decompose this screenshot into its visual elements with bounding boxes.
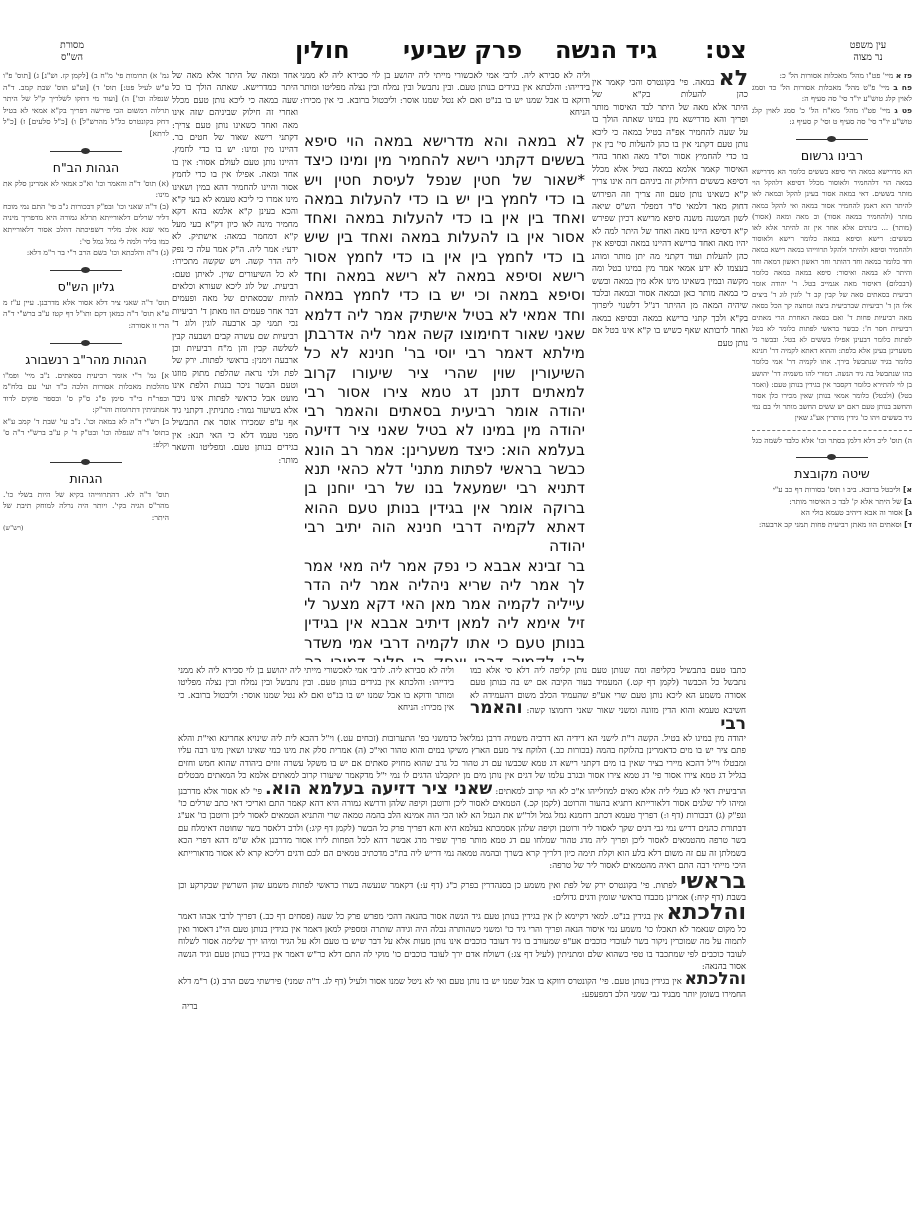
- tosafot-lower-text: יהודה מין במינו לא בטיל. הקשה ר"ת לישני …: [178, 733, 746, 872]
- chapter-number: פרק שביעי: [403, 36, 522, 64]
- gemara-line: יהודה מין במינו לא בטיל שאני ציר דזיעה: [304, 421, 585, 440]
- gemara-line: ברוקה אומר אין בגידין בנותן טעם ההוא: [304, 499, 585, 518]
- gemara-main-text: לא במאה והא מדרישא במאה הוי סיפא בששים ד…: [304, 132, 585, 662]
- daf-number: צט:: [705, 36, 747, 64]
- gemara-line: בו כדי לחמץ בין יש בו כדי להעלות במאה: [304, 190, 585, 209]
- gemara-line: כבשר בראשי לפתות מתני' דלא כהאי תנא: [304, 460, 585, 479]
- ein-mishpat-item: פט ג מיי' פט"ו מהל' מא"ח הל' כ' סמג לאוי…: [752, 105, 912, 128]
- ein-mishpat-item: פז א מיי' פט"ו מהל' מאכלות אסורות הל' כ:: [752, 70, 912, 82]
- gemara-line: לך אמר ליה שריא ניהליה אמר ליה הדר: [304, 576, 585, 595]
- shita-mekubetzet-title: שיטה מקובצת: [752, 466, 912, 481]
- gemara-line: דתניא רבי ישמעאל בנו של רבי יוחנן בן: [304, 479, 585, 498]
- gemara-line: דאתא לקמיה דרבי חנינא הוה יתיב רבי יהודה: [304, 518, 585, 557]
- gemara-line: זיל אימא ליה למאן דיתיב אבבא אין בגידין: [304, 614, 585, 633]
- footnote-rule: [752, 430, 912, 431]
- commentary-top-band: וליה לא סבירא ליה. לרבי אמי לאכשורי מיית…: [300, 70, 590, 132]
- gemara-line: וחד אמאי לא בטיל אישתיק אמר ליה דלמא: [304, 306, 585, 325]
- shita-item: א] וליבטל ברובא. ביב ו תוס' בסורות דף כב…: [752, 484, 912, 496]
- gemara-line: ואחד בין אין בו כדי להעלות במאה ואחד: [304, 209, 585, 228]
- gemara-line: בעלמא הוא: כיצד משערינן: אמר רב הונא: [304, 441, 585, 460]
- gemara-line: להו לקמיה דרבי יצחק בן חלוב דמורי בה: [304, 653, 585, 662]
- rashburg-title: הגהות מהר"ב רנשבורג: [3, 352, 169, 367]
- lower-left-block: וליה לא סבירא ליה. לרבי אמי לאכשורי מיית…: [178, 665, 454, 733]
- lower-split-block: כתבו טעם בתבשיל כקליפה ומה שנותן טעם נות…: [178, 665, 746, 733]
- masoret-hashas-label: מסורת הש"ס: [42, 40, 102, 64]
- gilyon-hashas-text: תוס' ד"ה שאני ציר דלא אסור אלא מדרבנן. ע…: [3, 297, 169, 332]
- ornament-divider: [796, 134, 868, 144]
- gemara-line: בנותן טעם כי אתו לקמיה דרבי אמי משדר: [304, 634, 585, 653]
- hagahot-habach-title: הגהות הב"ח: [3, 160, 169, 175]
- rashi-commentary: לא במאה. פי' בקונטרס והכי קאמר אין כהן ל…: [592, 70, 748, 670]
- hagahot-text: תוס' ד"ה לא. דהתרווייהו בקיא של היות בשל…: [3, 489, 169, 524]
- ein-mishpat-label: עין משפט נר מצוה: [838, 40, 898, 64]
- talmud-page: עין משפט נר מצוה צט: גיד הנשה פרק שביעי …: [0, 0, 914, 1213]
- rashburg-item: א] גמ' ר"י אומר רביעית בסאתים. נ"ב מיי' …: [3, 370, 169, 416]
- right-margin: פז א מיי' פט"ו מהל' מאכלות אסורות הל' כ:…: [752, 70, 912, 840]
- tosafot-vehilchta-2: והלכתא אין בגידין בנותן טעם. פי' הקונטרס…: [178, 973, 746, 1001]
- shita-item: ג] אסור וה אבא דיהיב טעמא בולי הא: [752, 507, 912, 519]
- tosafot-text: אחד ומאה של היתר אלא מאה של היתר כמדרישא…: [172, 70, 298, 467]
- tosafot-bereshei: בראשי לפתות. פי' בקונטרס ירק של לפת ואין…: [178, 873, 746, 905]
- rashi-text: היתר אלא מאה של היתר לבד האיסור מותר ופר…: [592, 102, 748, 350]
- gemara-line: למאתים דתנן דג טמא צירו אסור רבי: [304, 383, 585, 402]
- rabbeinu-gershom-text: הא מדרישא במאה הוי סיפא בששים כלומר הא מ…: [752, 166, 912, 424]
- gemara-line: רישא וסיפא במאה לא רישא במאה וחד: [304, 267, 585, 286]
- shita-item: ב] של היתר אלא ק' לבד כ האיסור מותר:: [752, 496, 912, 508]
- ornament-divider: [50, 265, 122, 275]
- gilyon-hashas-title: גליון הש"ס: [3, 279, 169, 294]
- left-margin: גמ' א) תרומות פי' מ"ח ב) [לקמן קז. וש"נ]…: [3, 70, 169, 830]
- gemara-line: בר זבינא אבבא כי נפק אמר ליה מאי אמר: [304, 557, 585, 576]
- lower-commentary: כתבו טעם בתבשיל כקליפה ומה שנותן טעם נות…: [178, 665, 746, 1025]
- gemara-line: לא במאה והא מדרישא במאה הוי סיפא: [304, 132, 585, 151]
- tosafot-commentary: אחד ומאה של היתר אלא מאה של היתר כמדרישא…: [172, 70, 298, 670]
- gemara-line: השיעורין שוין שהרי ציר שיעורו קרוב: [304, 364, 585, 383]
- ornament-divider: [796, 452, 868, 462]
- tosafot-vehilchta-1: והלכתא אין בגידין בנ"ט. למאי דקיימא לן א…: [178, 904, 746, 973]
- bach-item: (ג) ד"ה והלכתא וכו' בשם הרב ר"י בר ר"מ ד…: [3, 247, 169, 259]
- rashi-opening: לא במאה. פי' בקונטרס והכי קאמר אין כהן ל…: [592, 70, 748, 102]
- hagahot-title: הגהות: [3, 471, 169, 486]
- gemara-line: מילתא דאמר רבי יוסי בר' חנינא לא כל: [304, 344, 585, 363]
- ornament-divider: [50, 457, 122, 467]
- rashburg-item: ב] רש"י ד"ה לא במאה וכו'. נ"ב עי' שבת ד'…: [3, 416, 169, 451]
- page-header: עין משפט נר מצוה צט: גיד הנשה פרק שביעי …: [0, 36, 914, 66]
- ornament-divider: [50, 338, 122, 348]
- hagahot-signature: (רש"ש): [3, 523, 169, 535]
- tractate-name: חולין: [295, 36, 350, 64]
- ein-mishpat-section: פז א מיי' פט"ו מהל' מאכלות אסורות הל' כ:…: [752, 70, 912, 128]
- masoret-hashas-text: גמ' א) תרומות פי' מ"ח ב) [לקמן קז. וש"נ]…: [3, 70, 169, 140]
- rabbeinu-gershom-title: רבינו גרשום: [752, 148, 912, 163]
- gemara-line: אסור אין בו להעלות במאה ואחד בין שיש: [304, 228, 585, 247]
- shita-item: ד] וסאתים הוו מאתן רביעית פחות תמני קב א…: [752, 519, 912, 531]
- right-margin-footnote: ה) תוס' ליכ דלא דלמן בסתר וכו' אלא כלבד …: [752, 435, 912, 447]
- gemara-line: *שאור של חטין שנפל לעיסת חטין ויש: [304, 171, 585, 190]
- gemara-line: בו כדי לחמץ בין אין בו כדי לחמץ אסור: [304, 248, 585, 267]
- lower-right-block: כתבו טעם בתבשיל כקליפה ומה שנותן טעם נות…: [470, 665, 746, 733]
- top-band-text: וליה לא סבירא ליה. לרבי אמי לאכשורי מיית…: [300, 70, 590, 120]
- chapter-name: גיד הנשה: [555, 36, 657, 64]
- closing-word: בריה: [178, 1001, 746, 1013]
- bach-item: (א) תוס' ד"ה והאמר וכו' וא"כ אמאי לא אמר…: [3, 178, 169, 201]
- ein-mishpat-item: פח ב מיי' פ"ט מהל' מאכלות אסורות הל' כד …: [752, 82, 912, 105]
- gemara-line: יהודה אומר רביעית בסאתים והאמר רבי: [304, 402, 585, 421]
- bach-item: (ב) ד"ה שאני וכו' ובפ"ק דבכורות ג"ב פי' …: [3, 201, 169, 247]
- ornament-divider: [50, 146, 122, 156]
- gemara-line: עייליה לקמיה אמר מאן האי דקא מצער לי: [304, 595, 585, 614]
- gemara-line: שאני שאור דחימוצו קשה אמר ליה אדרבתן: [304, 325, 585, 344]
- gemara-line: בששים דקתני רישא להחמיר מין ומינו כיצד: [304, 151, 585, 170]
- gemara-line: וסיפא במאה וכי יש בו כדי לחמץ במאה: [304, 286, 585, 305]
